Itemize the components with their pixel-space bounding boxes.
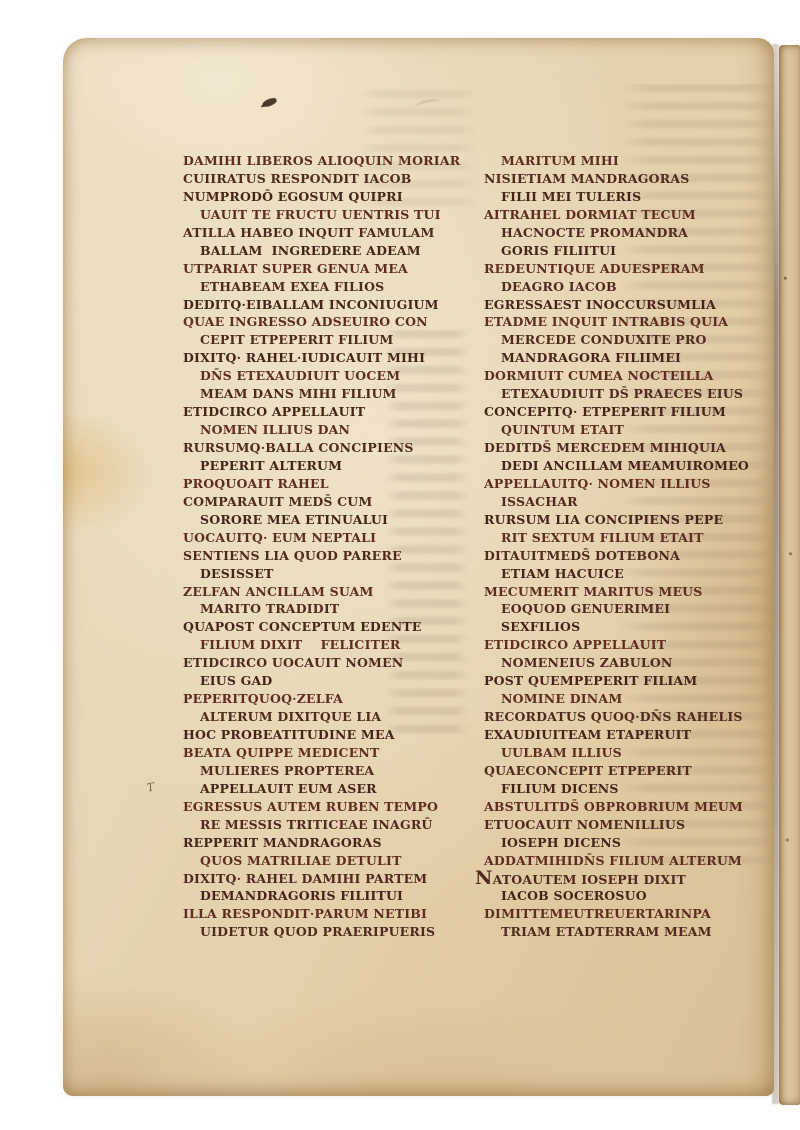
text-line: REDEUNTIQUE ADUESPERAM bbox=[484, 260, 784, 278]
text-line: DEDITDS̄ MERCEDEM MIHIQUIA bbox=[484, 439, 784, 457]
text-line: DIMITTEMEUTREUERTARINPA bbox=[484, 905, 784, 923]
text-line: DEDITQ·EIBALLAM INCONIUGIUM bbox=[183, 296, 483, 314]
text-line: EIUS GAD bbox=[200, 672, 483, 690]
text-line: NOMEN ILLIUS DAN bbox=[200, 421, 483, 439]
text-line: ETUOCAUIT NOMENILLIUS bbox=[484, 816, 784, 834]
text-line: DIXITQ· RAHEL DAMIHI PARTEM bbox=[183, 870, 483, 888]
text-line: CEPIT ETPEPERIT FILIUM bbox=[200, 331, 483, 349]
text-line: ETHABEAM EXEA FILIOS bbox=[200, 278, 483, 296]
text-line: POST QUEMPEPERIT FILIAM bbox=[484, 672, 784, 690]
text-line: ETADME INQUIT INTRABIS QUIA bbox=[484, 313, 784, 331]
text-line: APPELLAUIT EUM ASER bbox=[200, 780, 483, 798]
text-line: DEAGRO IACOB bbox=[501, 278, 784, 296]
text-line: RURSUM LIA CONCIPIENS PEPE bbox=[484, 511, 784, 529]
text-line: DIXITQ· RAHEL·IUDICAUIT MIHI bbox=[183, 349, 483, 367]
text-line: FILII MEI TULERIS bbox=[501, 188, 784, 206]
text-line: PROQUOAIT RAHEL bbox=[183, 475, 483, 493]
text-line: BEATA QUIPPE MEDICENT bbox=[183, 744, 483, 762]
margin-mark: T bbox=[146, 780, 156, 794]
text-line: IACOB SOCEROSUO bbox=[501, 887, 784, 905]
text-line: RURSUMQ·BALLA CONCIPIENS bbox=[183, 439, 483, 457]
text-line: CONCEPITQ· ETPEPERIT FILIUM bbox=[484, 403, 784, 421]
text-line: RECORDATUS QUOQ·DN̄S RAHELIS bbox=[484, 708, 784, 726]
text-line: UAUIT TE FRUCTU UENTRIS TUI bbox=[200, 206, 483, 224]
text-line: ETIAM HACUICE bbox=[501, 565, 784, 583]
text-line: EGRESSAEST INOCCURSUMLIA bbox=[484, 296, 784, 314]
text-line: DITAUITMEDS̄ DOTEBONA bbox=[484, 547, 784, 565]
text-line: DN̄S ETEXAUDIUIT UOCEM bbox=[200, 367, 483, 385]
text-line: NATOAUTEM IOSEPH DIXIT bbox=[475, 870, 784, 888]
text-line: ABSTULITDS̄ OBPROBRIUM MEUM bbox=[484, 798, 784, 816]
text-line: COMPARAUIT MEDS̄ CUM bbox=[183, 493, 483, 511]
text-line: QUAECONCEPIT ETPEPERIT bbox=[484, 762, 784, 780]
text-line: ADDATMIHIDN̄S FILIUM ALTERUM bbox=[484, 852, 784, 870]
manuscript-page: T DAMIHI LIBEROS ALIOQUIN MORIARCUIIRATU… bbox=[63, 38, 774, 1096]
text-line: ATILLA HABEO INQUIT FAMULAM bbox=[183, 224, 483, 242]
text-line: ETIDCIRCO APPELLAUIT bbox=[183, 403, 483, 421]
text-line: ILLA RESPONDIT·PARUM NETIBI bbox=[183, 905, 483, 923]
text-line: QUAE INGRESSO ADSEUIRO CON bbox=[183, 313, 483, 331]
text-line: MECUMERIT MARITUS MEUS bbox=[484, 583, 784, 601]
text-line: SORORE MEA ETINUALUI bbox=[200, 511, 483, 529]
text-line: MEAM DANS MIHI FILIUM bbox=[200, 385, 483, 403]
text-line: UULBAM ILLIUS bbox=[501, 744, 784, 762]
text-line: EXAUDIUITEAM ETAPERUIT bbox=[484, 726, 784, 744]
text-line: QUINTUM ETAIT bbox=[501, 421, 784, 439]
text-column-left: DAMIHI LIBEROS ALIOQUIN MORIARCUIIRATUS … bbox=[183, 152, 483, 941]
text-line: CUIIRATUS RESPONDIT IACOB bbox=[183, 170, 483, 188]
text-line: MANDRAGORA FILIIMEI bbox=[501, 349, 784, 367]
text-line: AITRAHEL DORMIAT TECUM bbox=[484, 206, 784, 224]
text-line: NOMENEIUS ZABULON bbox=[501, 654, 784, 672]
text-line: UOCAUITQ· EUM NEPTALI bbox=[183, 529, 483, 547]
text-line: HOC PROBEATITUDINE MEA bbox=[183, 726, 483, 744]
text-line: RE MESSIS TRITICEAE INAGRŪ bbox=[200, 816, 483, 834]
text-line: SENTIENS LIA QUOD PARERE bbox=[183, 547, 483, 565]
text-line: EGRESSUS AUTEM RUBEN TEMPO bbox=[183, 798, 483, 816]
text-line: DESISSET bbox=[200, 565, 483, 583]
text-line: DEDI ANCILLAM MEAMUIROMEO bbox=[501, 457, 784, 475]
text-line: DAMIHI LIBEROS ALIOQUIN MORIAR bbox=[183, 152, 483, 170]
text-line: QUAPOST CONCEPTUM EDENTE bbox=[183, 618, 483, 636]
enlarged-initial: N bbox=[475, 867, 493, 889]
text-line: PEPERIT ALTERUM bbox=[200, 457, 483, 475]
text-line: MARITUM MIHI bbox=[501, 152, 784, 170]
text-line: EOQUOD GENUERIMEI bbox=[501, 600, 784, 618]
text-line: ETIDCIRCO UOCAUIT NOMEN bbox=[183, 654, 483, 672]
text-line: FILIUM DIXIT FELICITER bbox=[200, 636, 483, 654]
text-line: FILIUM DICENS bbox=[501, 780, 784, 798]
text-line: PEPERITQUOQ·ZELFA bbox=[183, 690, 483, 708]
text-line: HACNOCTE PROMANDRA bbox=[501, 224, 784, 242]
text-line: NOMINE DINAM bbox=[501, 690, 784, 708]
ink-blot bbox=[261, 97, 277, 108]
text-line: ETEXAUDIUIT DS̄ PRAECES EIUS bbox=[501, 385, 784, 403]
text-line: NISIETIAM MANDRAGORAS bbox=[484, 170, 784, 188]
text-line: QUOS MATRILIAE DETULIT bbox=[200, 852, 483, 870]
text-line: DORMIUIT CUMEA NOCTEILLA bbox=[484, 367, 784, 385]
text-line: APPELLAUITQ· NOMEN ILLIUS bbox=[484, 475, 784, 493]
text-line: SEXFILIOS bbox=[501, 618, 784, 636]
text-line: TRIAM ETADTERRAM MEAM bbox=[501, 923, 784, 941]
text-line: GORIS FILIITUI bbox=[501, 242, 784, 260]
text-line: UIDETUR QUOD PRAERIPUERIS bbox=[200, 923, 483, 941]
text-line: REPPERIT MANDRAGORAS bbox=[183, 834, 483, 852]
text-line: ZELFAN ANCILLAM SUAM bbox=[183, 583, 483, 601]
text-line: NUMPRODŌ EGOSUM QUIPRI bbox=[183, 188, 483, 206]
text-line: DEMANDRAGORIS FILIITUI bbox=[200, 887, 483, 905]
text-line: ALTERUM DIXITQUE LIA bbox=[200, 708, 483, 726]
manuscript-photo: T DAMIHI LIBEROS ALIOQUIN MORIARCUIIRATU… bbox=[0, 0, 800, 1130]
text-line: ETIDCIRCO APPELLAUIT bbox=[484, 636, 784, 654]
text-line: BALLAM INGREDERE ADEAM bbox=[200, 242, 483, 260]
text-line: RIT SEXTUM FILIUM ETAIT bbox=[501, 529, 784, 547]
text-line: ISSACHAR bbox=[501, 493, 784, 511]
text-line: MERCEDE CONDUXITE PRO bbox=[501, 331, 784, 349]
text-line: MARITO TRADIDIT bbox=[200, 600, 483, 618]
text-line: UTPARIAT SUPER GENUA MEA bbox=[183, 260, 483, 278]
text-column-right: MARITUM MIHINISIETIAM MANDRAGORASFILII M… bbox=[484, 152, 784, 941]
text-line: MULIERES PROPTEREA bbox=[200, 762, 483, 780]
text-line: IOSEPH DICENS bbox=[501, 834, 784, 852]
